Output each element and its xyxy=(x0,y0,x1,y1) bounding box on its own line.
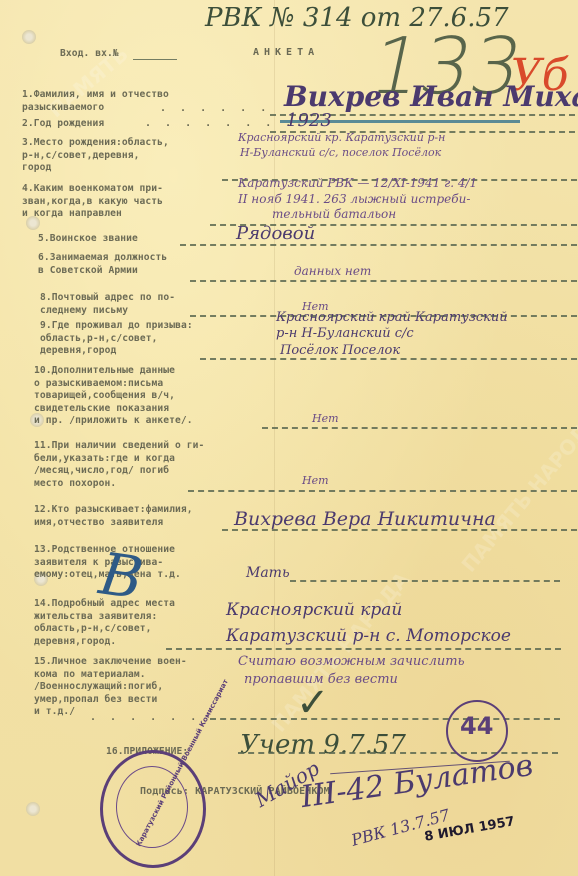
watermark: ПАМЯТЬ НАРОДА xyxy=(457,407,578,576)
field-3-value-line-1: Красноярский кр. Каратузский р-н xyxy=(238,131,445,144)
field-16-value: Учет 9.7.57 xyxy=(240,730,406,760)
field-11-value: Нет xyxy=(302,474,329,487)
small-round-stamp-number: 44 xyxy=(460,712,493,740)
field-line xyxy=(190,280,577,282)
field-4-value-line-2: II нояб 1941. 263 лыжный истреби- xyxy=(238,192,470,206)
field-12-value: Вихрева Вера Никитична xyxy=(234,508,496,530)
field-line xyxy=(262,427,577,429)
check-mark: ✓ xyxy=(296,680,330,726)
field-1-value: Вихрев Иван Михайлович xyxy=(284,80,578,113)
blue-letter-mark: В xyxy=(95,539,147,612)
case-number-label: Вход. вх.№ xyxy=(60,48,119,61)
punch-hole xyxy=(22,30,36,44)
field-line xyxy=(200,358,577,360)
watermark: ПАМЯТЬ НАРОДА xyxy=(267,567,414,736)
field-line xyxy=(222,529,577,531)
field-11-label: 11.При наличии сведений о ги- бели,указа… xyxy=(34,440,204,490)
field-5-value: Рядовой xyxy=(236,223,315,244)
field-8-label: 8.Почтовый адрес по по- следнему письму xyxy=(40,292,175,317)
field-14-value-line-2: Каратузский р-н с. Моторское xyxy=(226,626,511,646)
field-5-label: 5.Воинское звание xyxy=(38,233,138,246)
field-9-value-line-3: Посёлок Поселок xyxy=(280,343,400,358)
field-15-value-line-1: Считаю возможным зачислить xyxy=(238,654,465,669)
field-15-label: 15.Личное заключение воен- кома по матер… xyxy=(34,656,187,719)
field-1-label: 1.Фамилия, имя и отчество разыскиваемого xyxy=(22,89,169,114)
punch-hole xyxy=(26,802,40,816)
field-12-label: 12.Кто разыскивает:фамилия, имя,отчество… xyxy=(34,504,193,529)
field-3-value-line-2: Н-Буланский с/с, поселок Посёлок xyxy=(240,146,441,159)
field-4-value-line-1: Каратузский РВК — 12/XI-1941 г. 4/1 xyxy=(238,176,477,190)
field-2-value: 1923 xyxy=(286,110,332,131)
field-10-label: 10.Дополнительные данные о разыскиваемом… xyxy=(34,365,193,428)
document-title: АНКЕТА xyxy=(253,47,319,58)
field-9-value-line-1: Красноярский край Каратузский xyxy=(276,310,508,325)
field-9-value-line-2: р-н Н-Буланский с/с xyxy=(276,326,414,341)
field-10-value: Нет xyxy=(312,412,339,425)
field-4-label: 4.Каким военкоматом при- зван,когда,в ка… xyxy=(22,183,163,221)
field-14-value-line-1: Красноярский край xyxy=(226,600,402,620)
field-line xyxy=(210,718,560,720)
field-line xyxy=(188,490,577,492)
field-13-value: Мать xyxy=(246,565,290,581)
dot-leader: . . . . . . xyxy=(160,103,270,114)
dot-leader: . . . . . . . . xyxy=(145,118,295,129)
field-6-value: данных нет xyxy=(294,264,371,278)
field-line xyxy=(180,244,577,246)
archive-document-page: ПАМЯТЬ ПАМЯТЬ НАРОДА ПАМЯТЬ НАРОДА РВК №… xyxy=(0,0,578,876)
field-3-label: 3.Место рождения:область, р-н,с/совет,де… xyxy=(22,137,169,175)
field-6-label: 6.Занимаемая должность в Советской Армии xyxy=(38,252,167,277)
field-line xyxy=(166,648,561,650)
case-number-line xyxy=(133,59,177,60)
field-2-label: 2.Год рождения xyxy=(22,118,104,131)
field-9-label: 9.Где проживал до призыва: область,р-н,с… xyxy=(40,320,193,358)
field-4-value-line-3: тельный батальон xyxy=(272,207,396,221)
field-line xyxy=(290,580,560,582)
dot-leader: . . . . . . xyxy=(90,712,200,723)
